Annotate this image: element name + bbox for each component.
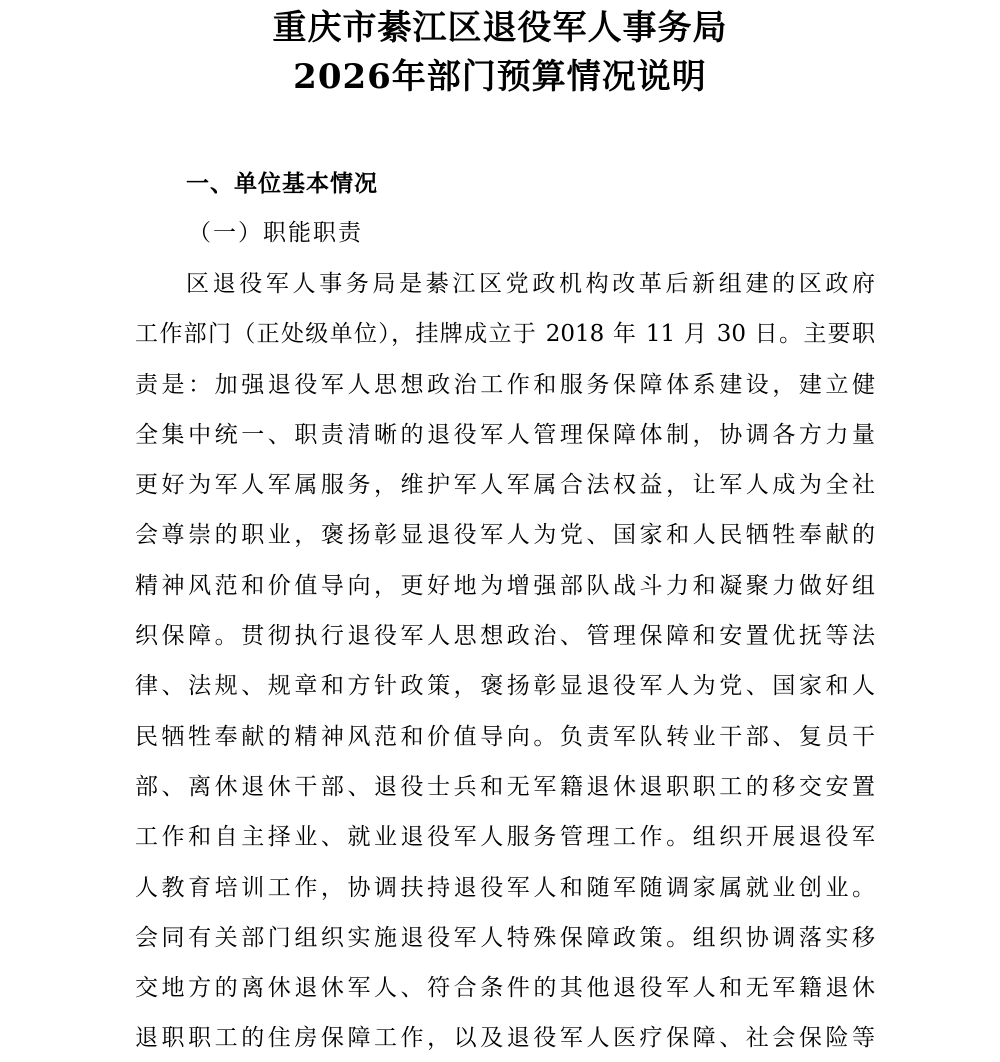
paragraph-line: 会尊崇的职业，褒扬彰显退役军人为党、国家和人民牺牲奉献的 (135, 515, 875, 565)
paragraph-line: 责是：加强退役军人思想政治工作和服务保障体系建设，建立健 (135, 365, 875, 415)
document-title-line1: 重庆市綦江区退役军人事务局 (0, 8, 1000, 48)
paragraph-line: 退职职工的住房保障工作，以及退役军人医疗保障、社会保险等 (135, 1018, 875, 1062)
document-title-line2: 2026年部门预算情况说明 (0, 57, 1000, 97)
paragraph-line: 工作和自主择业、就业退役军人服务管理工作。组织开展退役军 (135, 817, 875, 867)
paragraph-line: 交地方的离休退休军人、符合条件的其他退役军人和无军籍退休 (135, 968, 875, 1018)
subsection-heading-duties: （一）职能职责 (188, 217, 363, 249)
paragraph-line: 律、法规、规章和方针政策，褒扬彰显退役军人为党、国家和人 (135, 666, 875, 716)
paragraph-line: 民牺牲奉献的精神风范和价值导向。负责军队转业干部、复员干 (135, 717, 875, 767)
paragraph-line: 工作部门（正处级单位），挂牌成立于 2018 年 11 月 30 日。主要职 (135, 314, 875, 364)
paragraph-line: 更好为军人军属服务，维护军人军属合法权益，让军人成为全社 (135, 465, 875, 515)
duties-paragraph: 区退役军人事务局是綦江区党政机构改革后新组建的区政府 工作部门（正处级单位），挂… (135, 264, 880, 1062)
paragraph-line: 会同有关部门组织实施退役军人特殊保障政策。组织协调落实移 (135, 918, 875, 968)
paragraph-line: 全集中统一、职责清晰的退役军人管理保障体制，协调各方力量 (135, 415, 875, 465)
paragraph-line: 织保障。贯彻执行退役军人思想政治、管理保障和安置优抚等法 (135, 616, 875, 666)
document-page: 重庆市綦江区退役军人事务局 2026年部门预算情况说明 一、单位基本情况 （一）… (0, 0, 1000, 1062)
paragraph-line: 精神风范和价值导向，更好地为增强部队战斗力和凝聚力做好组 (135, 566, 875, 616)
paragraph-line: 人教育培训工作，协调扶持退役军人和随军随调家属就业创业。 (135, 868, 875, 918)
paragraph-line: 区退役军人事务局是綦江区党政机构改革后新组建的区政府 (135, 264, 875, 314)
paragraph-line: 部、离休退休干部、退役士兵和无军籍退休退职职工的移交安置 (135, 767, 875, 817)
section-heading-basic-info: 一、单位基本情况 (186, 168, 378, 200)
